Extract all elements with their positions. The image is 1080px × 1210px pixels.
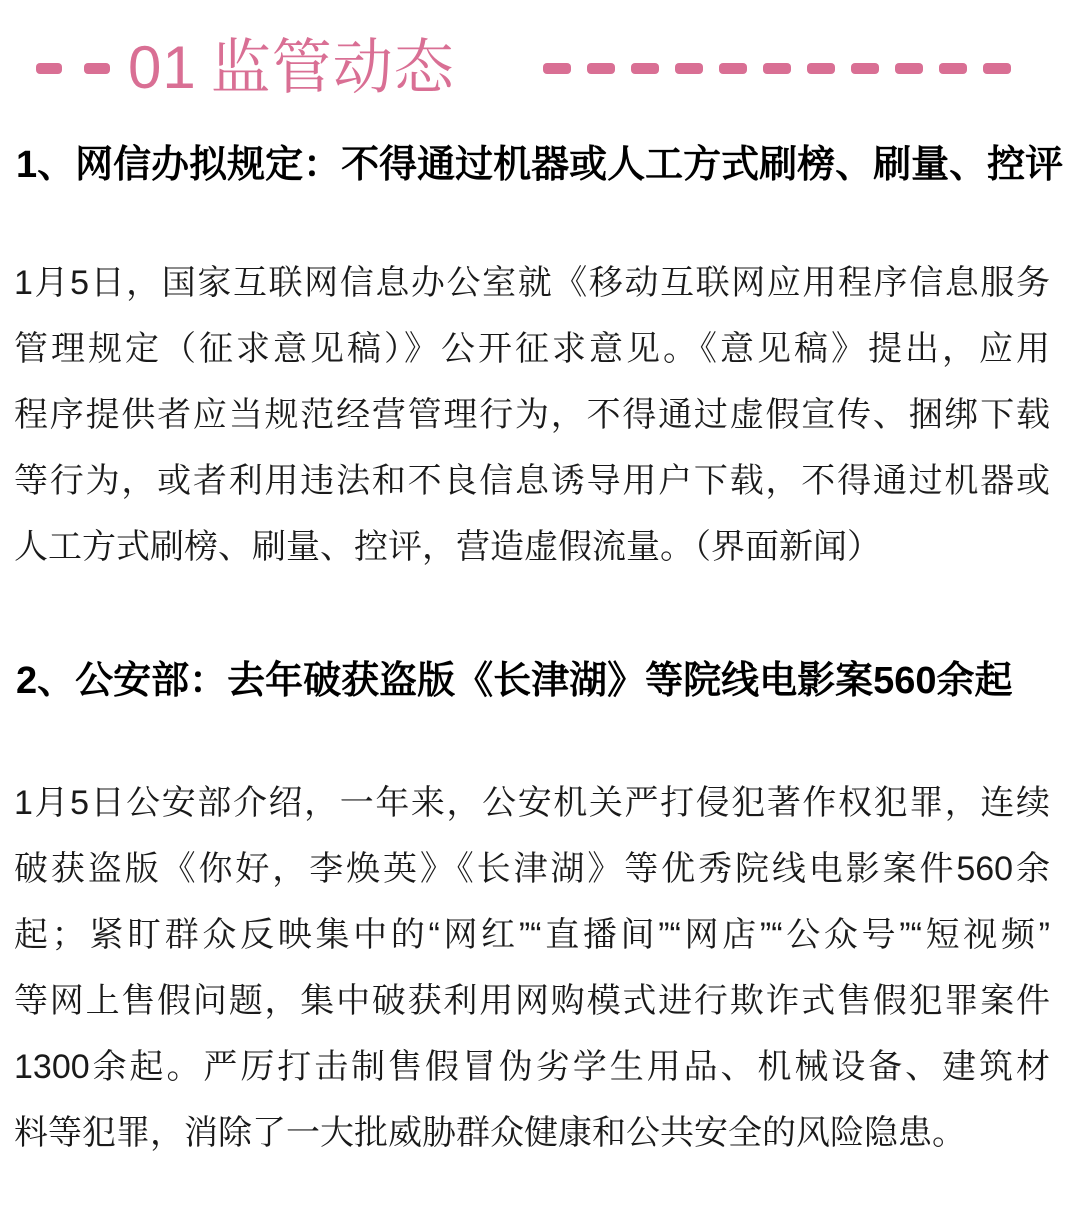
dash-icon [807, 63, 835, 74]
dash-icon [36, 63, 62, 74]
paragraph-line: 1月5日公安部介绍，一年来，公安机关严打侵犯著作权犯罪，连续 [14, 770, 1050, 836]
paragraph-line: 1月5日，国家互联网信息办公室就《移动互联网应用程序信息服务 [14, 250, 1050, 316]
news-heading-1: 1、网信办拟规定：不得通过机器或人工方式刷榜、刷量、控评 [16, 140, 1050, 190]
left-dashes [36, 63, 110, 74]
section-header: 01监管动态 [14, 30, 1050, 106]
paragraph-line: 起；紧盯群众反映集中的“网红”“直播间”“网店”“公众号”“短视频” [14, 902, 1050, 968]
dash-icon [895, 63, 923, 74]
dash-icon [719, 63, 747, 74]
dash-icon [763, 63, 791, 74]
news-heading-2: 2、公安部：去年破获盗版《长津湖》等院线电影案560余起 [16, 656, 1050, 706]
dash-icon [675, 63, 703, 74]
paragraph-line: 破获盗版《你好，李焕英》《长津湖》等优秀院线电影案件560余 [14, 836, 1050, 902]
section-title: 01监管动态 [128, 30, 455, 106]
dash-icon [587, 63, 615, 74]
paragraph-line: 人工方式刷榜、刷量、控评，营造虚假流量。（界面新闻） [14, 514, 1050, 580]
article-page: 01监管动态 1、网信办拟规定：不得通过机器或人工方式刷榜、刷量、控评 1月5日… [0, 0, 1080, 1210]
dash-icon [851, 63, 879, 74]
section-title-text: 监管动态 [211, 34, 455, 101]
paragraph-line: 料等犯罪，消除了一大批威胁群众健康和公共安全的风险隐患。 [14, 1100, 1050, 1166]
paragraph-line: 管理规定（征求意见稿）》公开征求意见。《意见稿》提出，应用 [14, 316, 1050, 382]
paragraph-line: 程序提供者应当规范经营管理行为，不得通过虚假宣传、捆绑下载 [14, 382, 1050, 448]
dash-icon [631, 63, 659, 74]
paragraph-line: 1300余起。严厉打击制售假冒伪劣学生用品、机械设备、建筑材 [14, 1034, 1050, 1100]
dash-icon [939, 63, 967, 74]
paragraph-line: 等行为，或者利用违法和不良信息诱导用户下载，不得通过机器或 [14, 448, 1050, 514]
dash-icon [983, 63, 1011, 74]
news-paragraph-1: 1月5日，国家互联网信息办公室就《移动互联网应用程序信息服务 管理规定（征求意见… [14, 250, 1050, 580]
right-dashes [543, 63, 1011, 74]
paragraph-line: 等网上售假问题，集中破获利用网购模式进行欺诈式售假犯罪案件 [14, 968, 1050, 1034]
news-paragraph-2: 1月5日公安部介绍，一年来，公安机关严打侵犯著作权犯罪，连续 破获盗版《你好，李… [14, 770, 1050, 1166]
dash-icon [84, 63, 110, 74]
section-number: 01 [128, 34, 197, 101]
dash-icon [543, 63, 571, 74]
